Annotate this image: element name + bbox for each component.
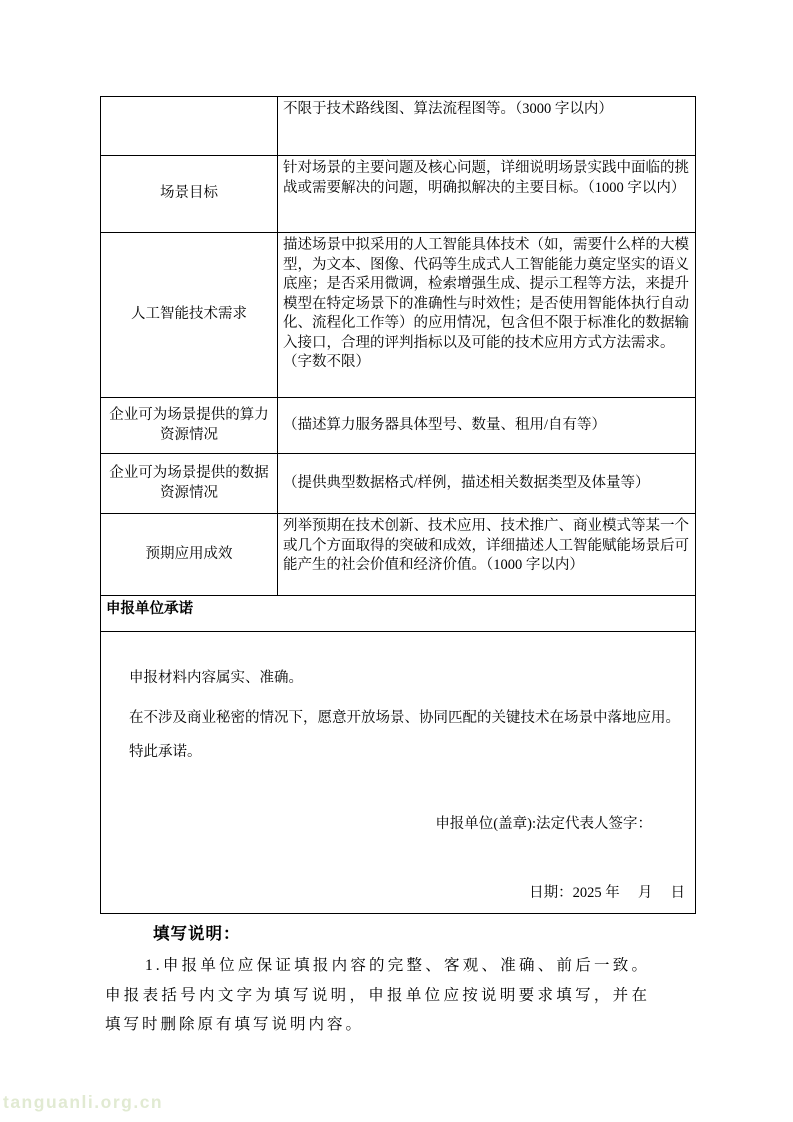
commitment-body-cell: 申报材料内容属实、准确。 在不涉及商业秘密的情况下，愿意开放场景、协同匹配的关键… <box>101 632 696 914</box>
row-label-data-resources: 企业可为场景提供的数据 资源情况 <box>101 454 278 514</box>
commitment-line-3: 特此承诺。 <box>129 742 695 762</box>
row-content-data-resources: （提供典型数据格式/样例，描述相关数据类型及体量等） <box>278 454 696 514</box>
application-form-page: 不限于技术路线图、算法流程图等。（3000 字以内） 场景目标 针对场景的主要问… <box>0 0 793 1122</box>
application-table: 不限于技术路线图、算法流程图等。（3000 字以内） 场景目标 针对场景的主要问… <box>100 96 696 914</box>
row-label-ai-tech-demand: 人工智能技术需求 <box>101 233 278 398</box>
row-label-compute-resources: 企业可为场景提供的算力 资源情况 <box>101 398 278 454</box>
row-content-compute-resources: （描述算力服务器具体型号、数量、租用/自有等） <box>278 398 696 454</box>
table-row-continued: 不限于技术路线图、算法流程图等。（3000 字以内） <box>101 97 696 156</box>
table-row-compute-resources: 企业可为场景提供的算力 资源情况 （描述算力服务器具体型号、数量、租用/自有等） <box>101 398 696 454</box>
signature-line: 申报单位(盖章):法定代表人签字： <box>101 814 695 834</box>
table-row-ai-tech-demand: 人工智能技术需求 描述场景中拟采用的人工智能具体技术（如，需要什么样的大模型，为… <box>101 233 696 398</box>
table-row-commitment-body: 申报材料内容属实、准确。 在不涉及商业秘密的情况下，愿意开放场景、协同匹配的关键… <box>101 632 696 914</box>
instructions-title: 填写说明： <box>153 920 241 944</box>
row-label-scene-goal: 场景目标 <box>101 156 278 233</box>
row-label-empty <box>101 97 278 156</box>
table-row-commitment-header: 申报单位承诺 <box>101 596 696 632</box>
watermark-text: tanguanli.org.cn <box>3 1092 163 1113</box>
commitment-header: 申报单位承诺 <box>101 596 696 632</box>
table-row-scene-goal: 场景目标 针对场景的主要问题及核心问题，详细说明场景实践中面临的挑战或需要解决的… <box>101 156 696 233</box>
row-content-scene-goal: 针对场景的主要问题及核心问题，详细说明场景实践中面临的挑战或需要解决的问题，明确… <box>278 156 696 233</box>
row-content-ai-tech-demand: 描述场景中拟采用的人工智能具体技术（如，需要什么样的大模型，为文本、图像、代码等… <box>278 233 696 398</box>
commitment-line-1: 申报材料内容属实、准确。 <box>129 668 695 688</box>
row-content-expected-results: 列举预期在技术创新、技术应用、技术推广、商业模式等某一个或几个方面取得的突破和成… <box>278 514 696 596</box>
row-content-continued: 不限于技术路线图、算法流程图等。（3000 字以内） <box>278 97 696 156</box>
table-row-data-resources: 企业可为场景提供的数据 资源情况 （提供典型数据格式/样例，描述相关数据类型及体… <box>101 454 696 514</box>
instructions-item-1: 1.申报单位应保证填报内容的完整、客观、准确、前后一致。申报表括号内文字为填写说… <box>105 951 650 1040</box>
commitment-line-2: 在不涉及商业秘密的情况下，愿意开放场景、协同匹配的关键技术在场景中落地应用。 <box>129 708 695 728</box>
table-row-expected-results: 预期应用成效 列举预期在技术创新、技术应用、技术推广、商业模式等某一个或几个方面… <box>101 514 696 596</box>
row-label-expected-results: 预期应用成效 <box>101 514 278 596</box>
date-line: 日期：2025 年 月 日 <box>101 883 695 903</box>
